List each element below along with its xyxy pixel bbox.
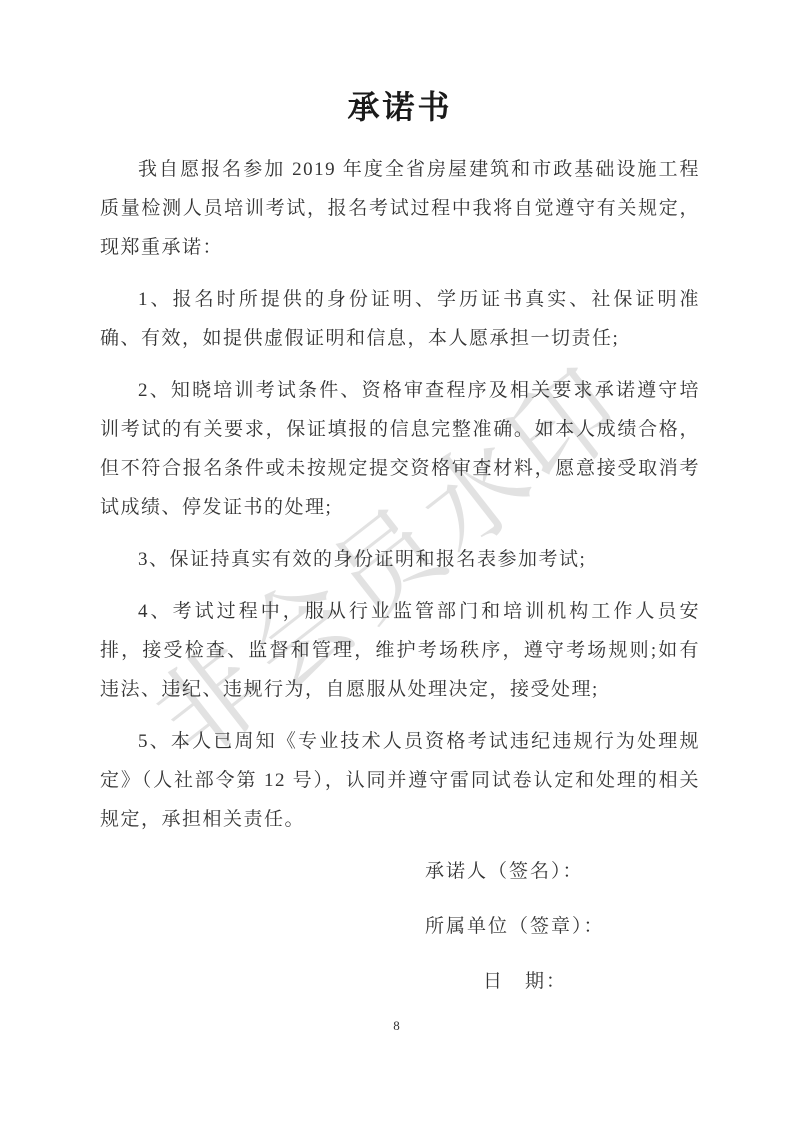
document-content: 承诺书 我自愿报名参加 2019 年度全省房屋建筑和市政基础设施工程质量检测人员…: [100, 84, 700, 1017]
signature-unit-line: 所属单位（签章）：: [425, 907, 700, 947]
document-page: 非会员水印 承诺书 我自愿报名参加 2019 年度全省房屋建筑和市政基础设施工程…: [0, 0, 793, 1122]
commitment-item-1: 1、报名时所提供的身份证明、学历证书真实、社保证明准确、有效，如提供虚假证明和信…: [100, 280, 700, 358]
commitment-item-4: 4、考试过程中，服从行业监管部门和培训机构工作人员安排，接受检查、监督和管理，维…: [100, 592, 700, 709]
commitment-item-3: 3、保证持真实有效的身份证明和报名表参加考试;: [100, 540, 700, 579]
commitment-item-5: 5、本人已周知《专业技术人员资格考试违纪违规行为处理规定》（人社部令第 12 号…: [100, 722, 700, 839]
commitment-item-2: 2、知晓培训考试条件、资格审查程序及相关要求承诺遵守培训考试的有关要求，保证填报…: [100, 371, 700, 527]
page-number: 8: [0, 1018, 793, 1034]
document-title: 承诺书: [100, 84, 700, 130]
signature-block: 承诺人（签名）： 所属单位（签章）： 日 期：: [425, 852, 700, 1002]
signature-signer-line: 承诺人（签名）：: [425, 852, 700, 892]
intro-paragraph: 我自愿报名参加 2019 年度全省房屋建筑和市政基础设施工程质量检测人员培训考试…: [100, 150, 700, 267]
signature-date-line: 日 期：: [483, 962, 700, 1002]
